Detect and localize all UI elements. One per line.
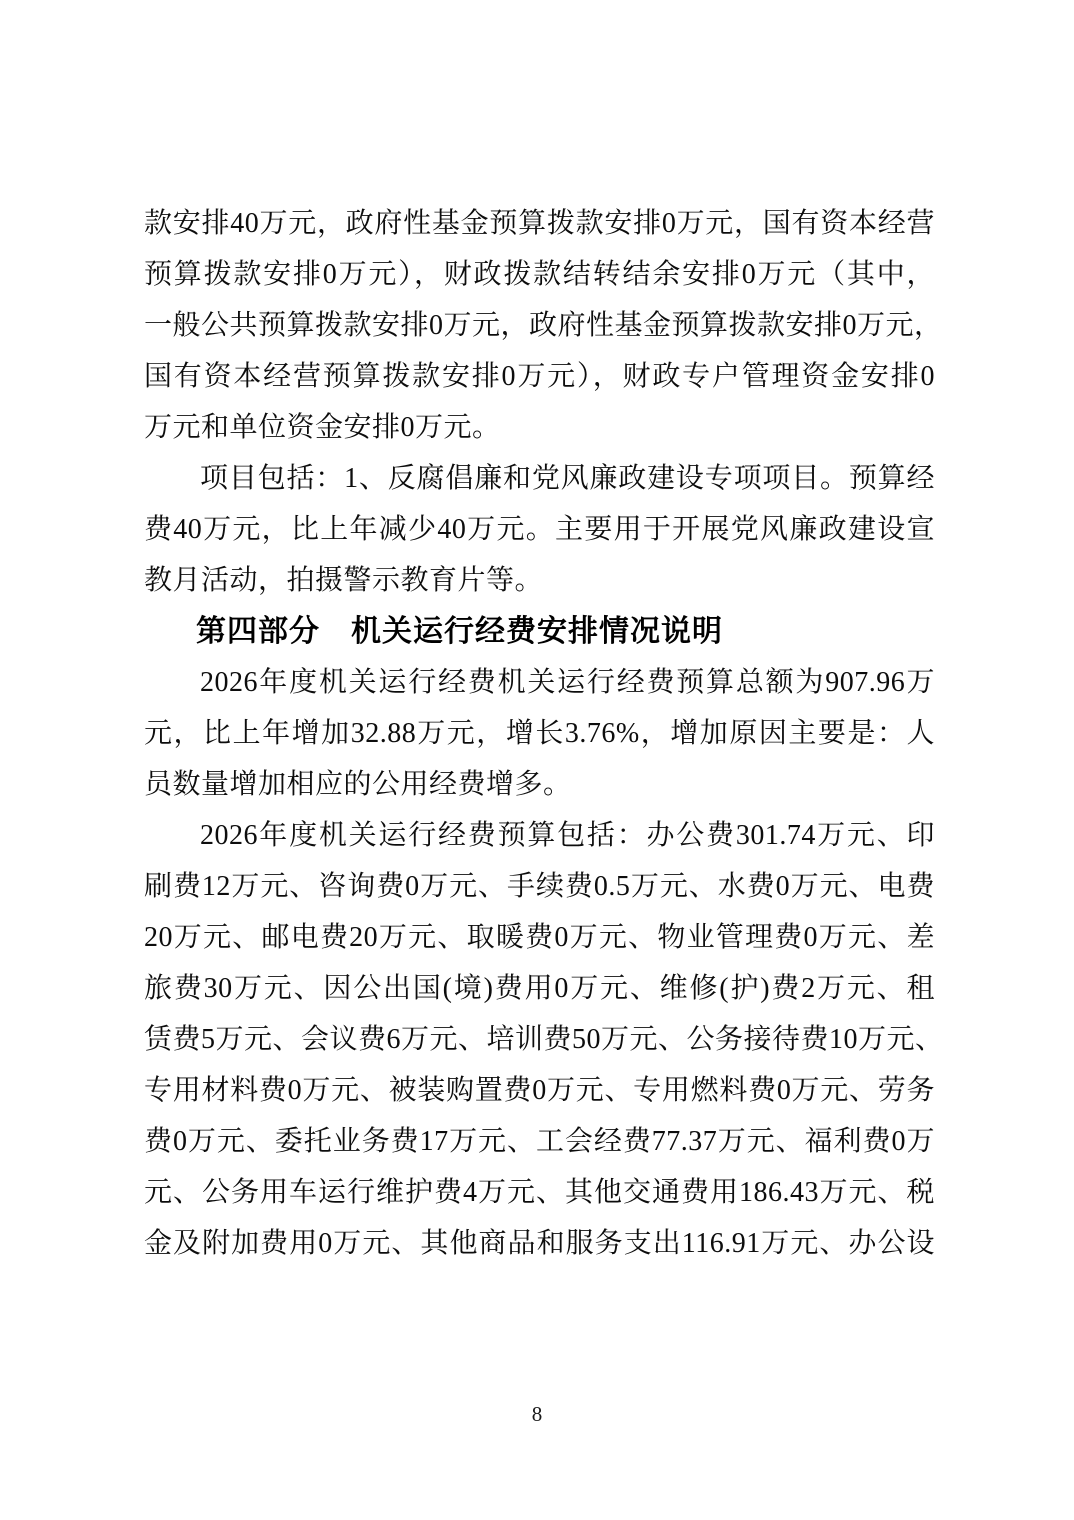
text-line: 万元和单位资金安排0万元。 xyxy=(144,402,935,453)
text-line: 2026年度机关运行经费机关运行经费预算总额为907.96万 xyxy=(144,657,935,708)
text-line: 预算拨款安排0万元），财政拨款结转结余安排0万元（其中， xyxy=(144,249,935,300)
document-content: 款安排40万元，政府性基金预算拨款安排0万元，国有资本经营预算拨款安排0万元），… xyxy=(144,198,935,1269)
document-page: 款安排40万元，政府性基金预算拨款安排0万元，国有资本经营预算拨款安排0万元），… xyxy=(0,0,1074,1520)
text-line: 款安排40万元，政府性基金预算拨款安排0万元，国有资本经营 xyxy=(144,198,935,249)
text-line: 元、公务用车运行维护费4万元、其他交通费用186.43万元、税 xyxy=(144,1167,935,1218)
text-line: 费0万元、委托业务费17万元、工会经费77.37万元、福利费0万 xyxy=(144,1116,935,1167)
text-line: 20万元、邮电费20万元、取暖费0万元、物业管理费0万元、差 xyxy=(144,912,935,963)
text-line: 元，比上年增加32.88万元，增长3.76%，增加原因主要是：人 xyxy=(144,708,935,759)
text-line: 专用材料费0万元、被装购置费0万元、专用燃料费0万元、劳务 xyxy=(144,1065,935,1116)
text-line: 刷费12万元、咨询费0万元、手续费0.5万元、水费0万元、电费 xyxy=(144,861,935,912)
text-line: 2026年度机关运行经费预算包括：办公费301.74万元、印 xyxy=(144,810,935,861)
text-line: 一般公共预算拨款安排0万元，政府性基金预算拨款安排0万元， xyxy=(144,300,935,351)
text-line: 员数量增加相应的公用经费增多。 xyxy=(144,759,935,810)
page-number: 8 xyxy=(0,1402,1074,1427)
text-line: 教月活动，拍摄警示教育片等。 xyxy=(144,555,935,606)
text-line: 国有资本经营预算拨款安排0万元），财政专户管理资金安排0 xyxy=(144,351,935,402)
text-line: 赁费5万元、会议费6万元、培训费50万元、公务接待费10万元、 xyxy=(144,1014,935,1065)
text-line: 金及附加费用0万元、其他商品和服务支出116.91万元、办公设 xyxy=(144,1218,935,1269)
text-line: 旅费30万元、因公出国(境)费用0万元、维修(护)费2万元、租 xyxy=(144,963,935,1014)
text-line: 项目包括：1、反腐倡廉和党风廉政建设专项项目。预算经 xyxy=(144,453,935,504)
section-heading: 第四部分 机关运行经费安排情况说明 xyxy=(144,606,935,657)
text-line: 费40万元，比上年减少40万元。主要用于开展党风廉政建设宣 xyxy=(144,504,935,555)
